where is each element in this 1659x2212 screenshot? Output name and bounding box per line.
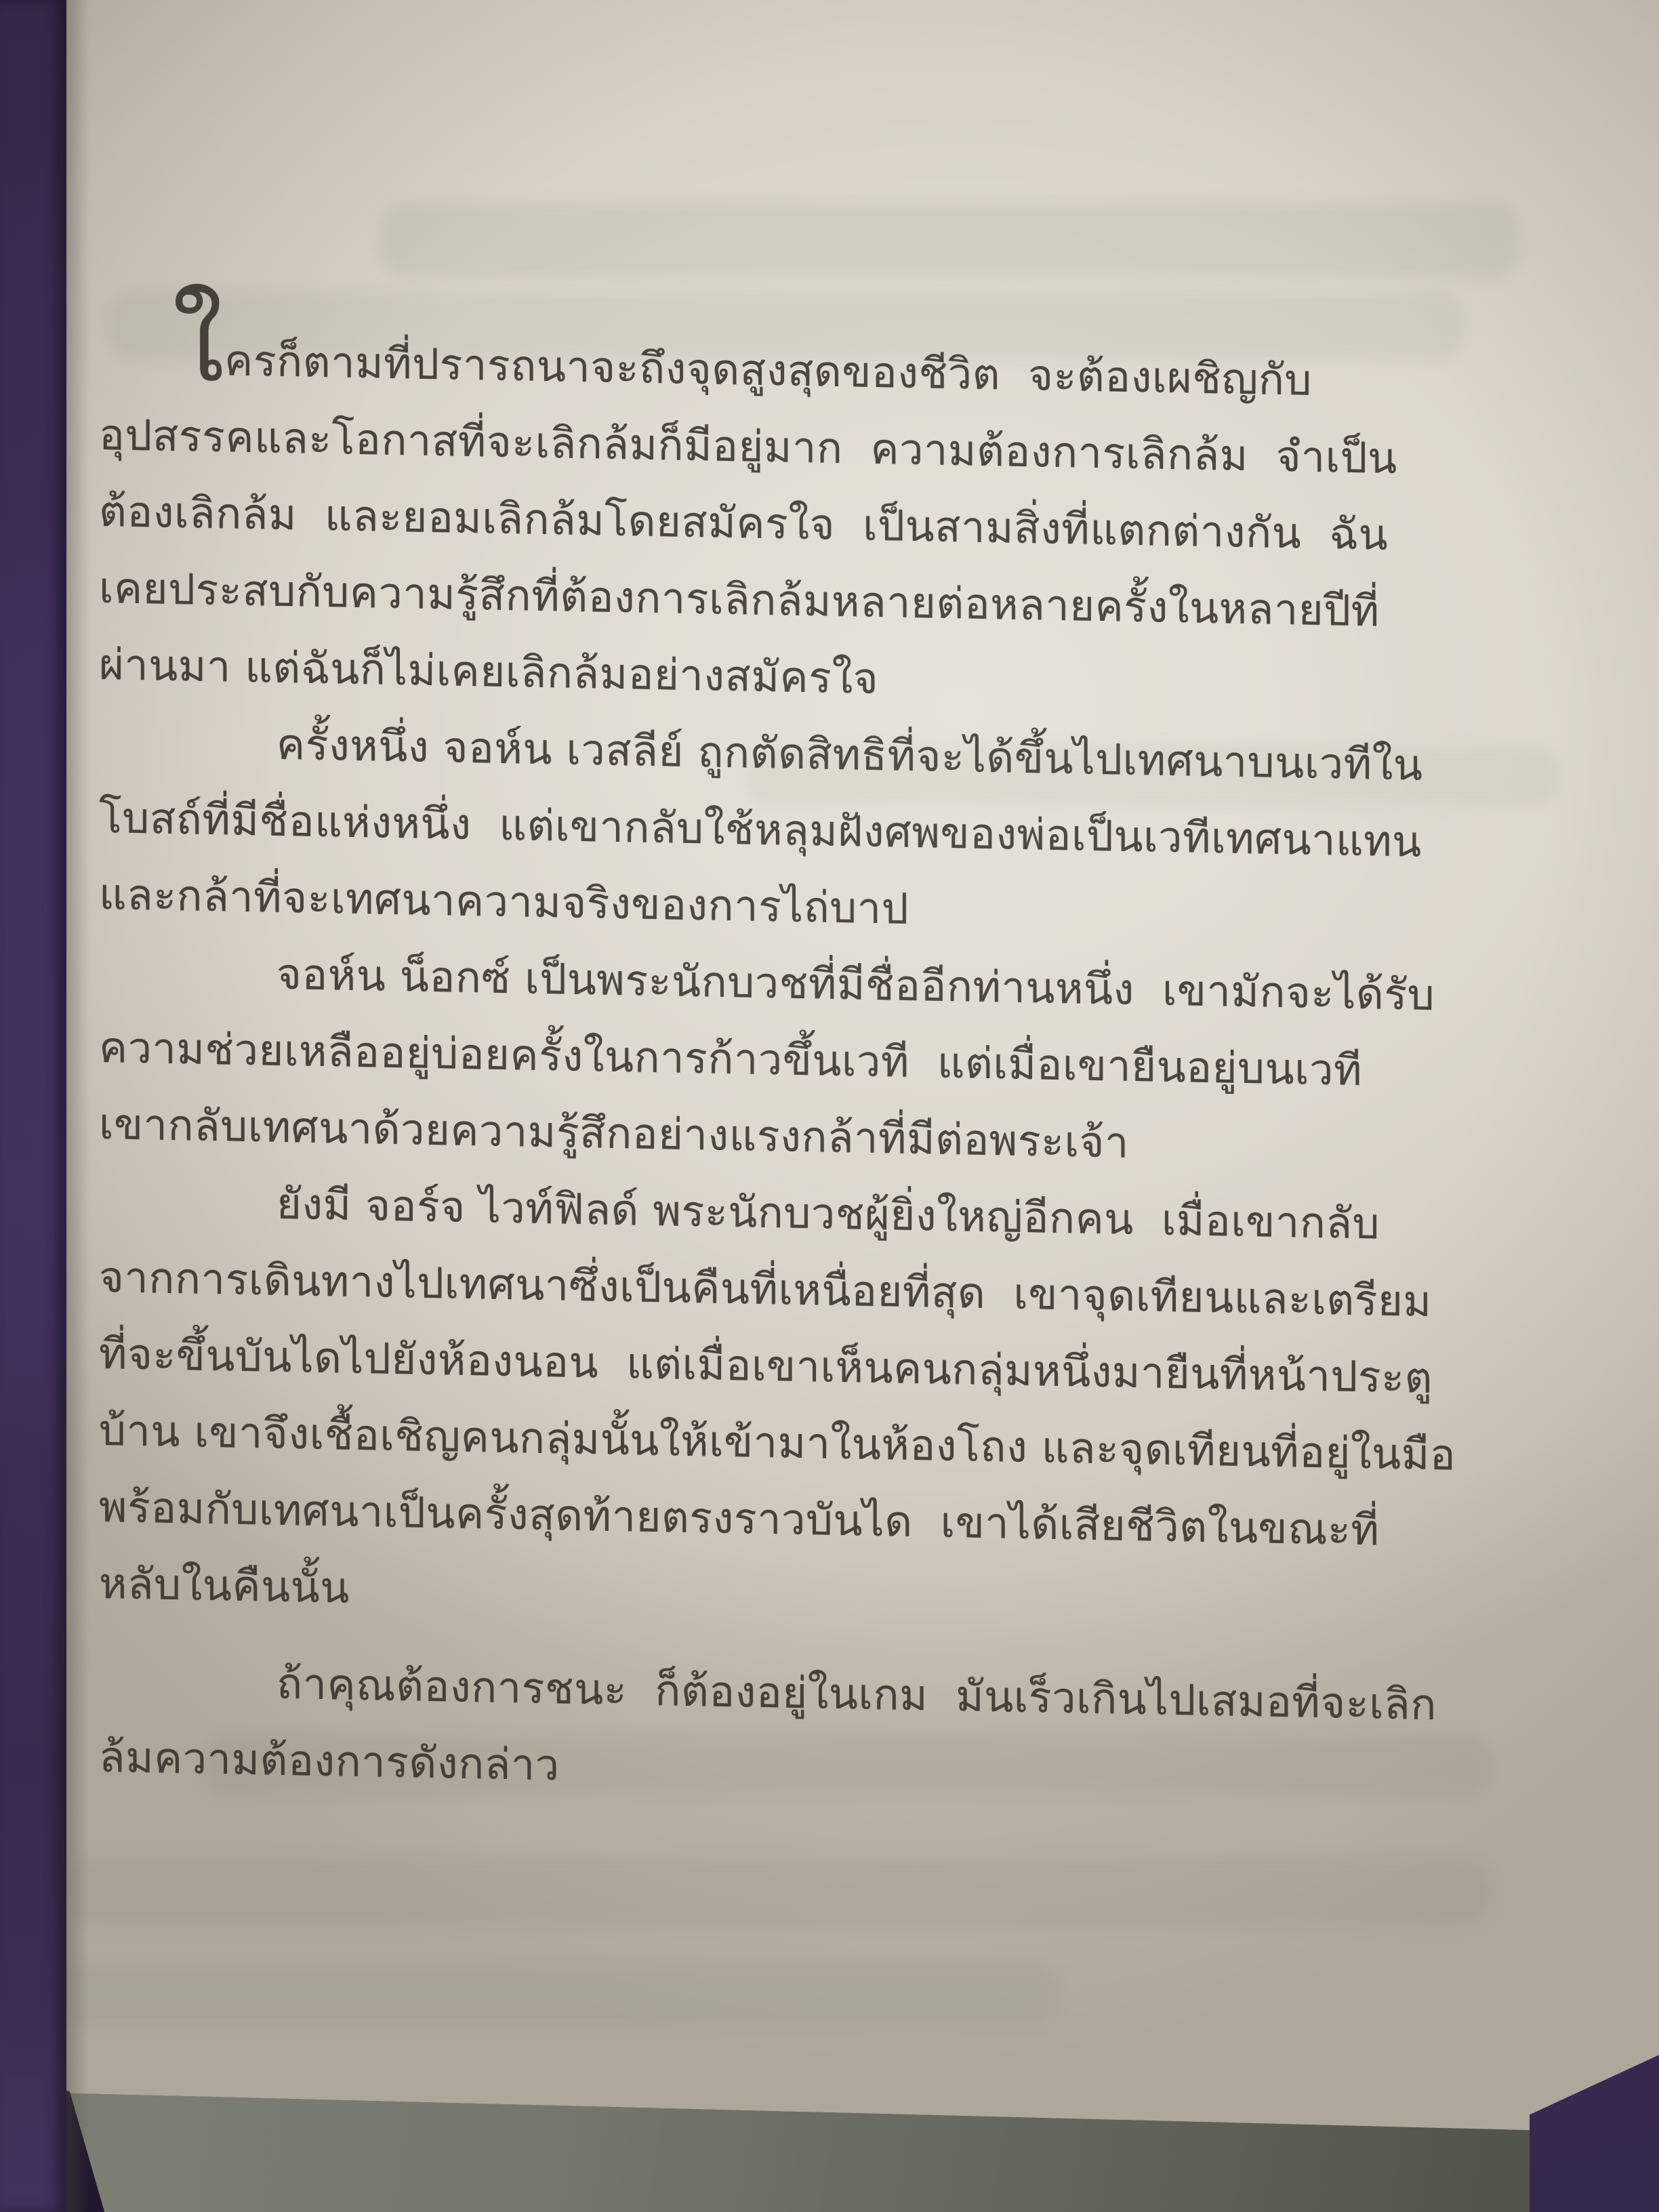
book-cover-left-edge (0, 0, 66, 2212)
drop-cap: ใ (172, 281, 224, 406)
page-showthrough-smudge (380, 203, 1518, 278)
page-showthrough-smudge (68, 1857, 1491, 1925)
paragraph-5: ถ้าคุณต้องการชนะ ก็ต้องอยู่ในเกม มันเร็ว… (99, 1642, 1461, 1820)
page-showthrough-smudge (41, 1965, 1057, 2026)
book-page-photo: ใครก็ตามที่ปรารถนาจะถึงจุดสูงสุดของชีวิต… (0, 0, 1659, 2212)
paragraph-2: ครั้งหนึ่ง จอห์น เวสลีย์ ถูกตัดสิทธิที่จ… (99, 703, 1461, 958)
page-text: ใครก็ตามที่ปรารถนาจะถึงจุดสูงสุดของชีวิต… (99, 320, 1461, 1820)
text-line-content: ครก็ตามที่ปรารถนาจะถึงจุดสูงสุดของชีวิต … (224, 335, 1312, 405)
paragraph-3: จอห์น น็อกซ์ เป็นพระนักบวชที่มีชื่ออีกท่… (99, 933, 1461, 1187)
paragraph-4: ยังมี จอร์จ ไวท์ฟิลด์ พระนักบวชผู้ยิ่งให… (99, 1162, 1461, 1647)
paragraph-1: ใครก็ตามที่ปรารถนาจะถึงจุดสูงสุดของชีวิต… (99, 320, 1461, 728)
page-gutter-shadow (66, 0, 89, 2212)
